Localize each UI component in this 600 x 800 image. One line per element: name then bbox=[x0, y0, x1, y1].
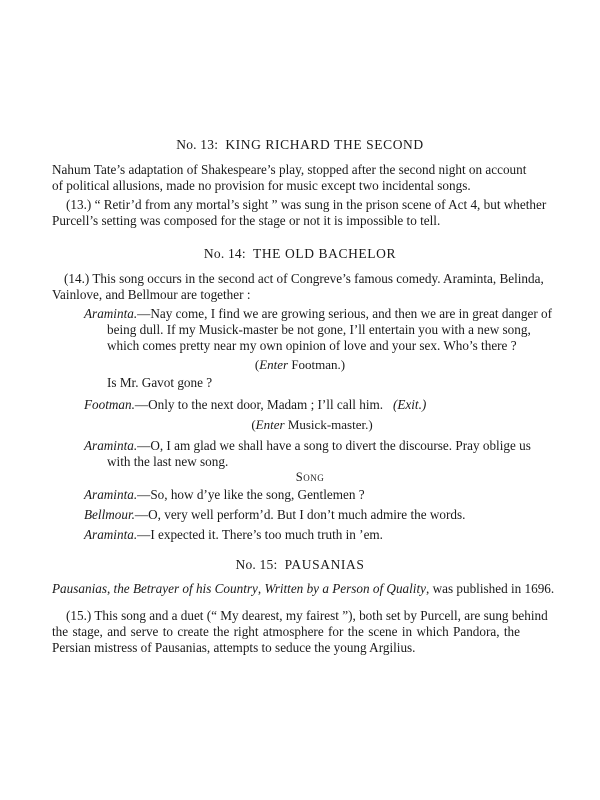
section-heading-14: No. 14: THE OLD BACHELOR bbox=[0, 246, 600, 262]
note-line: Purcell’s setting was composed for the s… bbox=[52, 213, 440, 229]
heading-title: KING RICHARD THE SECOND bbox=[225, 137, 423, 152]
dialogue-line: Is Mr. Gavot gone ? bbox=[107, 375, 212, 391]
song-label: Song bbox=[10, 469, 600, 485]
dialogue-line: Footman.—Only to the next door, Madam ; … bbox=[84, 397, 426, 413]
heading-number: No. 13: bbox=[176, 137, 218, 152]
intro-line: Nahum Tate’s adaptation of Shakespeare’s… bbox=[52, 162, 520, 178]
intro-line: Pausanias, the Betrayer of his Country, … bbox=[52, 581, 554, 597]
dialogue-line: Araminta.—O, I am glad we shall have a s… bbox=[84, 438, 520, 454]
speaker-name: Bellmour. bbox=[84, 507, 135, 522]
dialogue-line: which comes pretty near my own opinion o… bbox=[107, 338, 517, 354]
speaker-name: Footman. bbox=[84, 397, 135, 412]
heading-number: No. 15: bbox=[236, 557, 278, 572]
intro-line: of political allusions, made no provisio… bbox=[52, 178, 471, 194]
stage-direction: (Enter Musick-master.) bbox=[12, 417, 600, 433]
dialogue-line: Bellmour.—O, very well perform’d. But I … bbox=[84, 507, 465, 523]
note-line: Persian mistress of Pausanias, attempts … bbox=[52, 640, 415, 656]
section-heading-13: No. 13: KING RICHARD THE SECOND bbox=[0, 137, 600, 153]
note-line: Vainlove, and Bellmour are together : bbox=[52, 287, 250, 303]
heading-number: No. 14: bbox=[204, 246, 246, 261]
speaker-name: Araminta. bbox=[84, 306, 137, 321]
speaker-name: Araminta. bbox=[84, 527, 137, 542]
dialogue-line: Araminta.—So, how d’ye like the song, Ge… bbox=[84, 487, 365, 503]
dialogue-line: with the last new song. bbox=[107, 454, 228, 470]
note-line: the stage, and serve to create the right… bbox=[52, 624, 520, 640]
dialogue-line: Araminta.—Nay come, I find we are growin… bbox=[84, 306, 520, 322]
stage-exit: (Exit.) bbox=[393, 397, 426, 412]
document-page: No. 13: KING RICHARD THE SECOND Nahum Ta… bbox=[0, 0, 600, 800]
dialogue-line: Araminta.—I expected it. There’s too muc… bbox=[84, 527, 383, 543]
note-line: (15.) This song and a duet (“ My dearest… bbox=[66, 608, 520, 624]
speaker-name: Araminta. bbox=[84, 487, 137, 502]
note-line: (13.) “ Retir’d from any mortal’s sight … bbox=[66, 197, 520, 213]
stage-direction: (Enter Footman.) bbox=[0, 357, 600, 373]
section-heading-15: No. 15: PAUSANIAS bbox=[0, 557, 600, 573]
speaker-name: Araminta. bbox=[84, 438, 137, 453]
note-line: (14.) This song occurs in the second act… bbox=[64, 271, 520, 287]
dialogue-line: being dull. If my Musick-master be not g… bbox=[107, 322, 520, 338]
heading-title: PAUSANIAS bbox=[285, 557, 365, 572]
heading-title: THE OLD BACHELOR bbox=[253, 246, 396, 261]
